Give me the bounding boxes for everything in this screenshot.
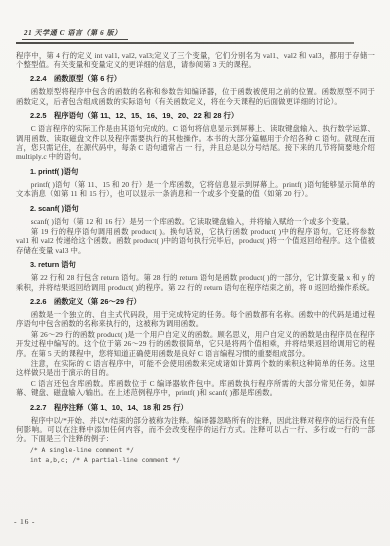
section-heading-2-2-5: 2.2.5 程序语句（第 11、12、15、16、19、20、22 和 28 行… — [30, 111, 375, 120]
page-body: 程序中，第 4 行的定义 int val1, val2, val3;定义了三个变… — [0, 44, 390, 466]
running-title: 21 天学通 C 语言（第 6 版） — [22, 29, 128, 40]
subheading-return-statement: 3. return 语句 — [30, 260, 375, 269]
paragraph-intro-continuation: 程序中，第 4 行的定义 int val1, val2, val3;定义了三个变… — [16, 51, 375, 70]
paragraph-note-demo: 注意，在实际的 C 语言程序中，可能不会使用函数来完成诸如计算两个数的乘积这种简… — [16, 359, 375, 378]
subheading-printf-statement: 1. printf( )语句 — [30, 167, 375, 176]
subheading-scanf-statement: 2. scanf( )语句 — [30, 204, 375, 213]
paragraph-comments: 程序中以/*开始、并以*/结束的部分被称为注释。编译器忽略所有的注释，因此注释对… — [16, 416, 375, 444]
paragraph-function-definition-1: 函数是一个独立的、自主式代码段，用于完成特定的任务。每个函数都有名称。函数中的代… — [16, 310, 375, 329]
code-line-single-comment: /* A single-line comment */ — [30, 446, 375, 456]
code-example-block: /* A single-line comment */ int a,b,c; /… — [16, 446, 375, 466]
book-page: 21 天学通 C 语言（第 6 版） 程序中，第 4 行的定义 int val1… — [0, 0, 390, 546]
paragraph-return: 第 22 行和 28 行包含 return 语句。第 28 行的 return … — [16, 273, 375, 292]
paragraph-function-prototype: 函数原型将程序中包含的函数的名称和参数告知编译器，位于函数被使用之前的位置。函数… — [16, 87, 375, 106]
paragraph-scanf: scanf( )语句（第 12 和 16 行）是另一个库函数。它读取键盘输入，并… — [16, 217, 375, 226]
page-number: - 16 - — [14, 517, 35, 526]
section-heading-2-2-6: 2.2.6 函数定义（第 26～29 行） — [30, 297, 375, 306]
paragraph-program-statements: C 语言程序的实际工作是由其语句完成的。C 语句将信息显示到屏幕上、读取键盘输入… — [16, 124, 375, 162]
paragraph-library-functions: C 语言还包含库函数。库函数位于 C 编译器软件包中。库函数执行程序所需的大部分… — [16, 379, 375, 398]
code-line-partial-comment: int a,b,c; /* A partial-line comment */ — [30, 456, 375, 466]
section-heading-2-2-4: 2.2.4 函数原型（第 6 行） — [30, 74, 375, 83]
paragraph-product-call: 第 19 行的程序语句调用函数 product( )。换句话说，它执行函数 pr… — [16, 227, 375, 255]
paragraph-function-definition-2: 第 26～29 行的函数 product( )是一个用户自定义的函数。顾名思义，… — [16, 330, 375, 358]
page-header: 21 天学通 C 语言（第 6 版） — [0, 0, 390, 40]
paragraph-printf: printf( )语句（第 11、15 和 20 行）是一个库函数，它将信息显示… — [16, 180, 375, 199]
section-heading-2-2-7: 2.2.7 程序注释（第 1、10、14、18 和 25 行） — [30, 403, 375, 412]
